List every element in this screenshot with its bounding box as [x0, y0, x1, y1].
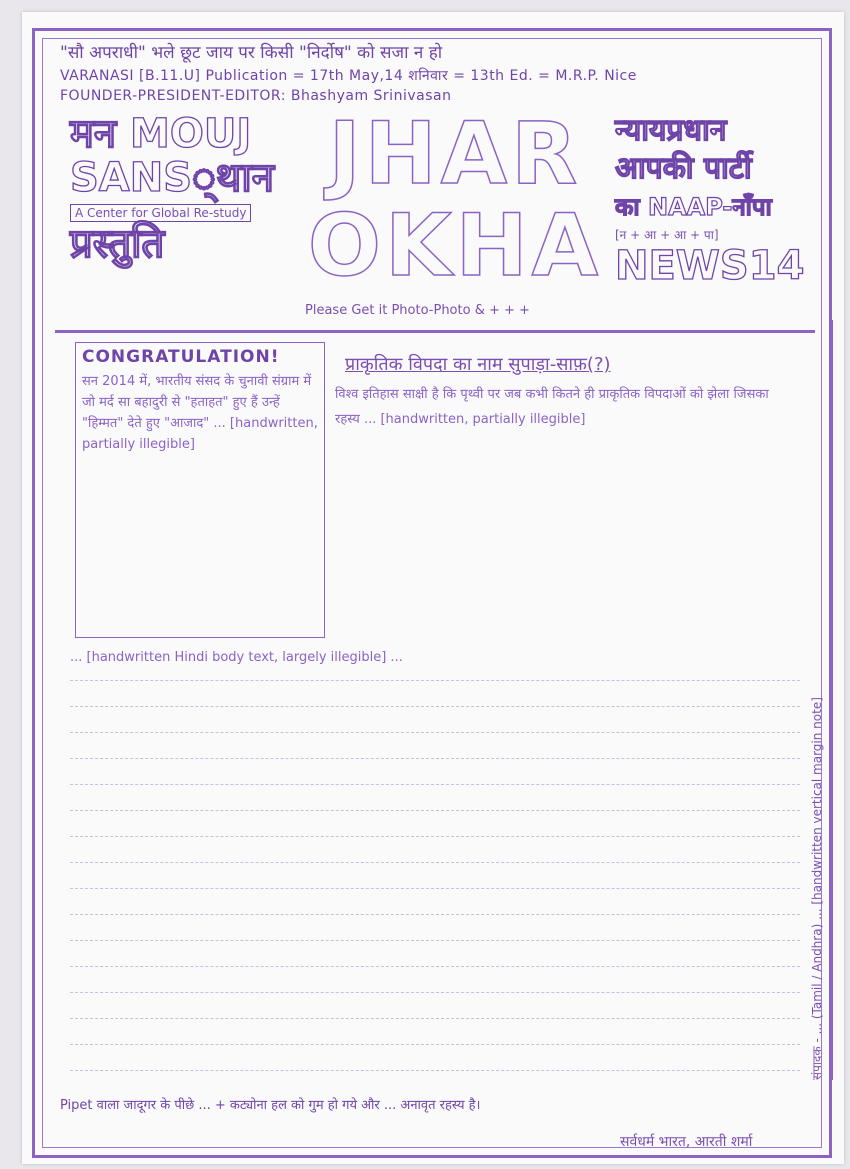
ruled-line: [70, 836, 800, 837]
footer-signature: सर्वधर्म भारत, आरती शर्मा: [620, 1132, 752, 1151]
ruled-line: [70, 966, 800, 967]
logo-left-tagline: A Center for Global Re-study: [70, 204, 251, 222]
article-intro: विश्व इतिहास साक्षी है कि पृथ्वी पर जब क…: [335, 382, 795, 432]
ruled-line: [70, 888, 800, 889]
congratulation-title: CONGRATULATION!: [82, 347, 318, 367]
ruled-line: [70, 732, 800, 733]
logo-left: मन MOUJ SANS्थान A Center for Global Re-…: [70, 112, 290, 312]
ruled-line: [70, 1044, 800, 1045]
publication-line: VARANASI [B.11.U] Publication = 17th May…: [60, 66, 637, 85]
founder-line: FOUNDER-PRESIDENT-EDITOR: Bhashyam Srini…: [60, 88, 451, 104]
logo-right-line3: का NAAP-नाँपा: [615, 188, 815, 226]
ruled-line: [70, 914, 800, 915]
logo-right-news: NEWS14: [615, 243, 815, 289]
article-body: ... [handwritten Hindi body text, largel…: [70, 645, 800, 671]
photo-note: Please Get it Photo-Photo & + + +: [305, 303, 530, 318]
ruled-line: [70, 680, 800, 681]
masthead-title: JHAR OKHA: [300, 108, 610, 298]
ruled-line: [70, 706, 800, 707]
article-closing: Pipet वाला जादूगर के पीछे ... + कट्योना …: [60, 1095, 480, 1113]
logo-right: न्यायप्रधान आपकी पार्टी का NAAP-नाँपा [न…: [615, 112, 815, 312]
slogan: "सौ अपराधी" भले छूट जाय पर किसी "निर्दोष…: [60, 40, 442, 63]
side-margin-note: संपादक - ... (Tamil / Andhra) ... [handw…: [808, 320, 833, 1080]
logo-left-line2: SANS्थान: [70, 156, 290, 200]
congratulation-box: CONGRATULATION! सन 2014 में, भारतीय संसद…: [75, 342, 325, 638]
logo-right-line2: आपकी पार्टी: [615, 150, 815, 188]
masthead-line1: JHAR: [300, 108, 610, 200]
masthead-line2: OKHA: [300, 200, 610, 292]
ruled-line: [70, 1070, 800, 1071]
logo-right-line1: न्यायप्रधान: [615, 112, 815, 150]
logo-left-line1: मन MOUJ: [70, 112, 290, 156]
header-divider: [55, 330, 815, 333]
ruled-line: [70, 810, 800, 811]
congratulation-text: सन 2014 में, भारतीय संसद के चुनावी संग्र…: [82, 371, 318, 455]
logo-right-formula: [न + आ + आ + पा]: [615, 226, 815, 243]
ruled-line: [70, 784, 800, 785]
article-title: प्राकृतिक विपदा का नाम सुपाड़ा-साफ़(?): [345, 352, 611, 376]
ruled-line: [70, 758, 800, 759]
ruled-line: [70, 992, 800, 993]
ruled-line: [70, 940, 800, 941]
logo-left-line3: प्रस्तुति: [70, 222, 290, 266]
ruled-line: [70, 862, 800, 863]
ruled-line: [70, 1018, 800, 1019]
